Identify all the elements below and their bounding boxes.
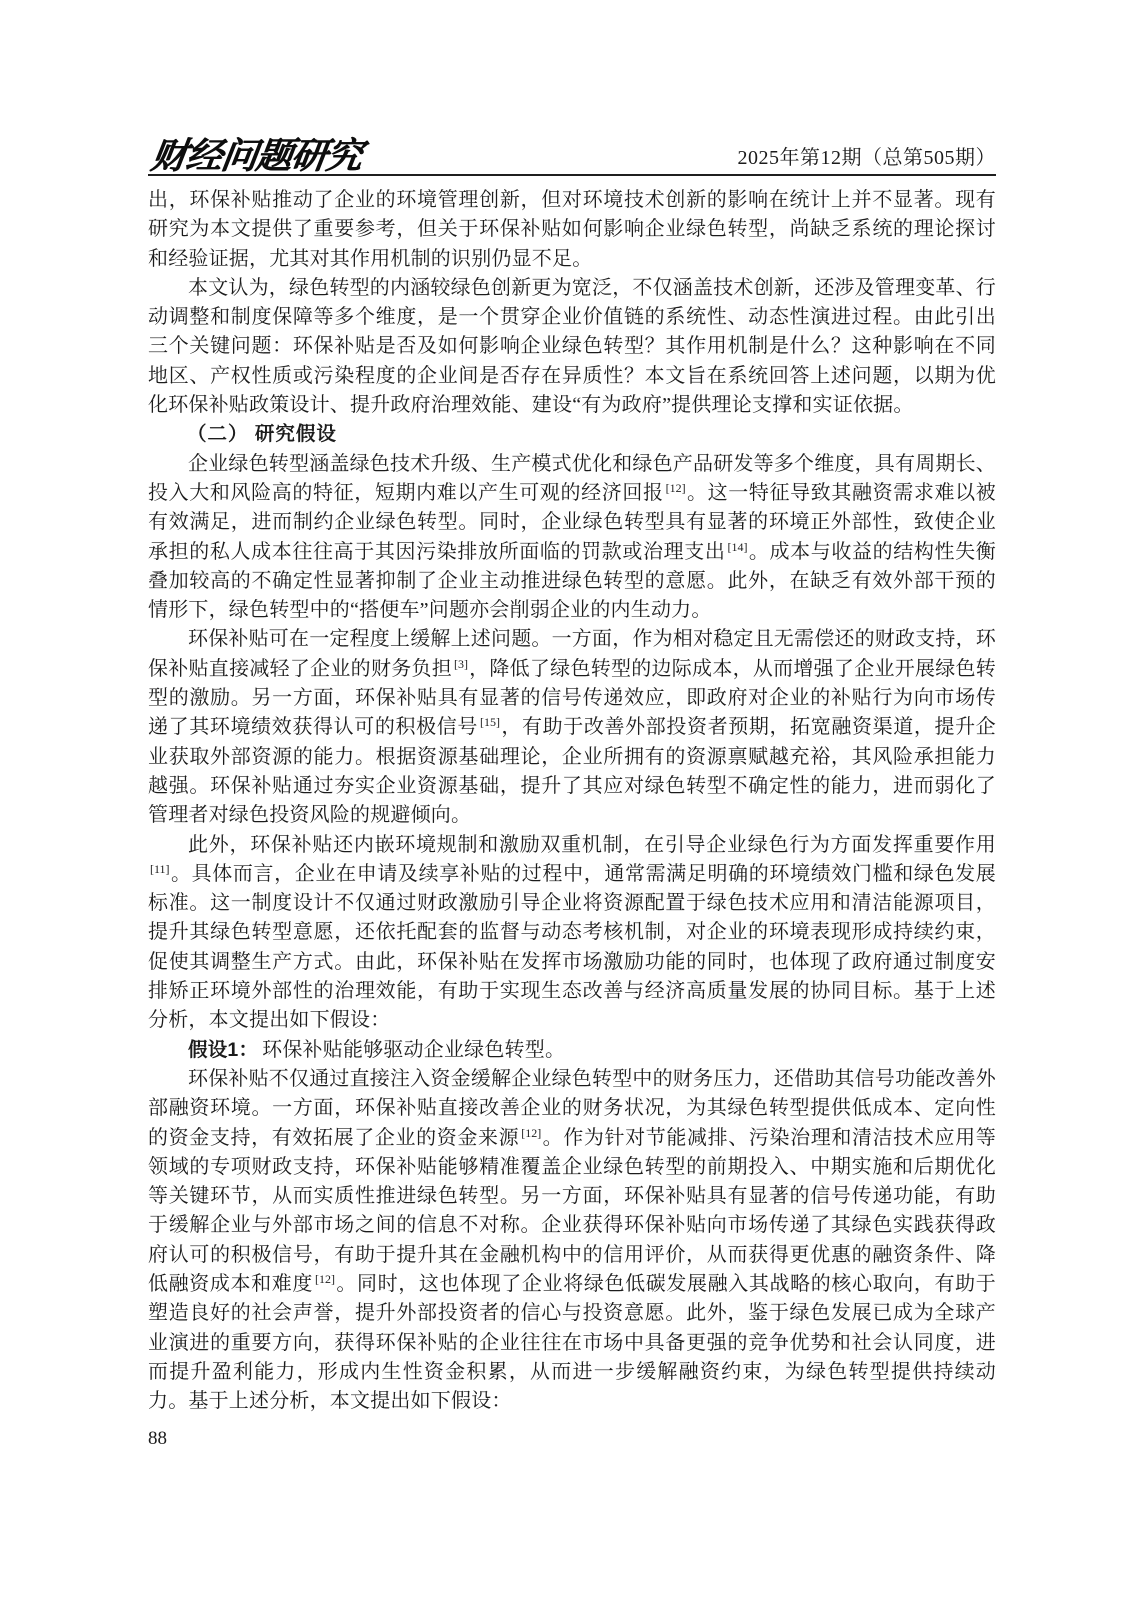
body-paragraph: 此外，环保补贴还内嵌环境规制和激励双重机制，在引导企业绿色行为方面发挥重要作用[…	[148, 831, 996, 1036]
paragraph-text: 环保补贴能够驱动企业绿色转型。	[262, 1039, 565, 1061]
citation-ref: [14]	[728, 540, 748, 554]
body-paragraph: 企业绿色转型涵盖绿色技术升级、生产模式优化和绿色产品研发等多个维度，具有周期长、…	[148, 450, 996, 626]
hypothesis-label: 假设1：	[188, 1039, 258, 1061]
header-divider	[148, 174, 996, 176]
citation-ref: [12]	[666, 481, 686, 495]
citation-ref: [12]	[521, 1126, 541, 1140]
page-footer: 88	[148, 1428, 167, 1450]
paragraph-text: 。具体而言，企业在申请及续享补贴的过程中，通常需满足明确的环境绩效门槛和绿色发展…	[148, 863, 996, 1031]
page-header: 财经问题研究 2025年第12期（总第505期）	[148, 126, 996, 174]
page-number: 88	[148, 1428, 167, 1449]
citation-ref: [12]	[315, 1272, 335, 1286]
paragraph-text: 出，环保补贴推动了企业的环境管理创新，但对环境技术创新的影响在统计上并不显著。现…	[148, 189, 996, 270]
body-paragraph: 环保补贴不仅通过直接注入资金缓解企业绿色转型中的财务压力，还借助其信号功能改善外…	[148, 1065, 996, 1417]
paragraph-text: 本文认为，绿色转型的内涵较绿色创新更为宽泛，不仅涵盖技术创新，还涉及管理变革、行…	[148, 277, 996, 416]
body-paragraph: 本文认为，绿色转型的内涵较绿色创新更为宽泛，不仅涵盖技术创新，还涉及管理变革、行…	[148, 274, 996, 420]
citation-ref: [11]	[150, 862, 170, 876]
paragraph-text: （二） 研究假设	[187, 423, 337, 445]
journal-logo: 财经问题研究	[148, 128, 365, 179]
citation-ref: [15]	[480, 715, 500, 729]
paragraph-text: 此外，环保补贴还内嵌环境规制和激励双重机制，在引导企业绿色行为方面发挥重要作用	[188, 834, 996, 856]
body-paragraph: 出，环保补贴推动了企业的环境管理创新，但对环境技术创新的影响在统计上并不显著。现…	[148, 186, 996, 274]
issue-info: 2025年第12期（总第505期）	[738, 141, 997, 170]
body-paragraph: 环保补贴可在一定程度上缓解上述问题。一方面，作为相对稳定且无需偿还的财政支持，环…	[148, 625, 996, 830]
citation-ref: [3]	[454, 657, 468, 671]
hypothesis-statement: 假设1：环保补贴能够驱动企业绿色转型。	[148, 1036, 996, 1065]
section-heading: （二） 研究假设	[148, 420, 996, 449]
paragraph-text: 。作为针对节能减排、污染治理和清洁技术应用等领域的专项财政支持，环保补贴能够精准…	[148, 1127, 996, 1295]
journal-page: 财经问题研究 2025年第12期（总第505期） 出，环保补贴推动了企业的环境管…	[0, 0, 1140, 1600]
article-body: 出，环保补贴推动了企业的环境管理创新，但对环境技术创新的影响在统计上并不显著。现…	[148, 186, 996, 1416]
